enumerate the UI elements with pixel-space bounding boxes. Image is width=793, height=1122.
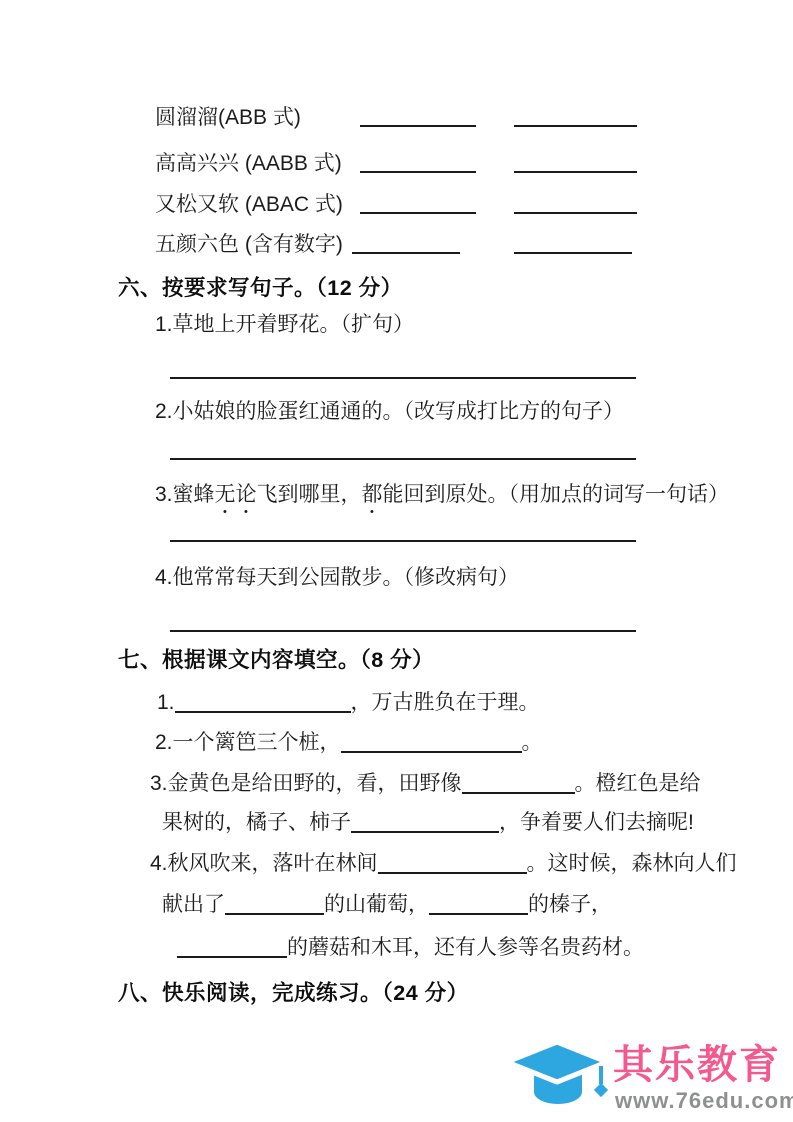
answer-blank xyxy=(341,731,522,753)
word-row-label: 又松又软 (ABAC 式) xyxy=(155,188,343,218)
item-text: 的榛子， xyxy=(528,893,612,916)
section-seven-item-4-line-1: 4.秋风吹来，落叶在林间。这时候，森林向人们 xyxy=(150,850,737,878)
worksheet-page: 圆溜溜(ABB 式) 高高兴兴 (AABB 式) 又松又软 (ABAC 式) 五… xyxy=(0,0,793,1122)
answer-line xyxy=(170,630,636,632)
answer-blank xyxy=(360,147,476,173)
item-text: 能回到原处。（用加点的词写一句话） xyxy=(383,483,730,506)
section-six-item-3: 3.蜜蜂无论飞到哪里，都能回到原处。（用加点的词写一句话） xyxy=(155,481,729,518)
item-text: 的山葡萄， xyxy=(324,893,429,916)
answer-blank xyxy=(177,936,287,958)
item-text: 3.金黄色是给田野的，看，田野像 xyxy=(150,772,462,795)
item-text: ，万古胜负在于理。 xyxy=(351,691,540,714)
answer-blank xyxy=(360,188,476,214)
dotted-word: 都 xyxy=(362,483,383,506)
answer-blank xyxy=(429,893,528,915)
word-row-label: 圆溜溜(ABB 式) xyxy=(155,101,301,131)
item-text: 果树的，橘子、柿子 xyxy=(162,811,351,834)
word-row-label: 高高兴兴 (AABB 式) xyxy=(155,147,342,177)
item-text: 。橙红色是给 xyxy=(575,772,701,795)
logo-url-text: www.76edu.com xyxy=(615,1088,793,1114)
section-six-item-1: 1.草地上开着野花。（扩句） xyxy=(155,311,414,339)
answer-blank xyxy=(514,228,632,254)
item-text: 。这时候，森林向人们 xyxy=(527,852,737,875)
section-seven-heading: 七、根据课文内容填空。（8 分） xyxy=(118,646,434,674)
section-seven-item-3-line-2: 果树的，橘子、柿子，争着要人们去摘呢! xyxy=(162,809,694,837)
answer-blank xyxy=(225,893,324,915)
section-eight-heading: 八、快乐阅读，完成练习。（24 分） xyxy=(118,979,469,1007)
answer-blank xyxy=(514,147,637,173)
section-six-heading: 六、按要求写句子。（12 分） xyxy=(118,274,403,302)
item-text: 献出了 xyxy=(162,893,225,916)
item-text: 1. xyxy=(157,691,175,714)
item-text: 飞到哪里， xyxy=(257,483,362,506)
dotted-word: 无论 xyxy=(215,483,257,506)
answer-blank xyxy=(175,691,351,713)
item-text: 2.一个篱笆三个桩， xyxy=(155,731,341,754)
graduation-cap-icon xyxy=(503,1035,611,1121)
item-text: 。 xyxy=(522,731,543,754)
section-six-item-2: 2.小姑娘的脸蛋红通通的。（改写成打比方的句子） xyxy=(155,398,624,426)
section-six-item-4: 4.他常常每天到公园散步。（修改病句） xyxy=(155,564,519,592)
answer-line xyxy=(170,458,636,460)
section-seven-item-2: 2.一个篱笆三个桩，。 xyxy=(155,729,543,757)
logo-brand-text: 其乐教育 xyxy=(613,1042,781,1088)
answer-blank xyxy=(360,101,476,127)
section-seven-item-4-line-2: 献出了的山葡萄，的榛子， xyxy=(162,891,612,919)
section-seven-item-3-line-1: 3.金黄色是给田野的，看，田野像。橙红色是给 xyxy=(150,770,701,798)
item-text: 4.秋风吹来，落叶在林间 xyxy=(150,852,378,875)
answer-blank xyxy=(352,228,460,254)
item-text: ，争着要人们去摘呢! xyxy=(499,811,694,834)
answer-blank xyxy=(514,188,637,214)
word-row-label: 五颜六色 (含有数字) xyxy=(155,228,343,258)
answer-blank xyxy=(514,101,637,127)
section-seven-item-4-line-3: 的蘑菇和木耳，还有人参等名贵药材。 xyxy=(177,934,644,962)
answer-blank xyxy=(378,852,527,874)
section-seven-item-1: 1.，万古胜负在于理。 xyxy=(157,689,540,717)
item-text: 的蘑菇和木耳，还有人参等名贵药材。 xyxy=(287,936,644,959)
answer-line xyxy=(170,377,636,379)
answer-blank xyxy=(462,772,575,794)
item-text: 3.蜜蜂 xyxy=(155,483,215,506)
answer-blank xyxy=(351,811,499,833)
answer-line xyxy=(170,540,636,542)
